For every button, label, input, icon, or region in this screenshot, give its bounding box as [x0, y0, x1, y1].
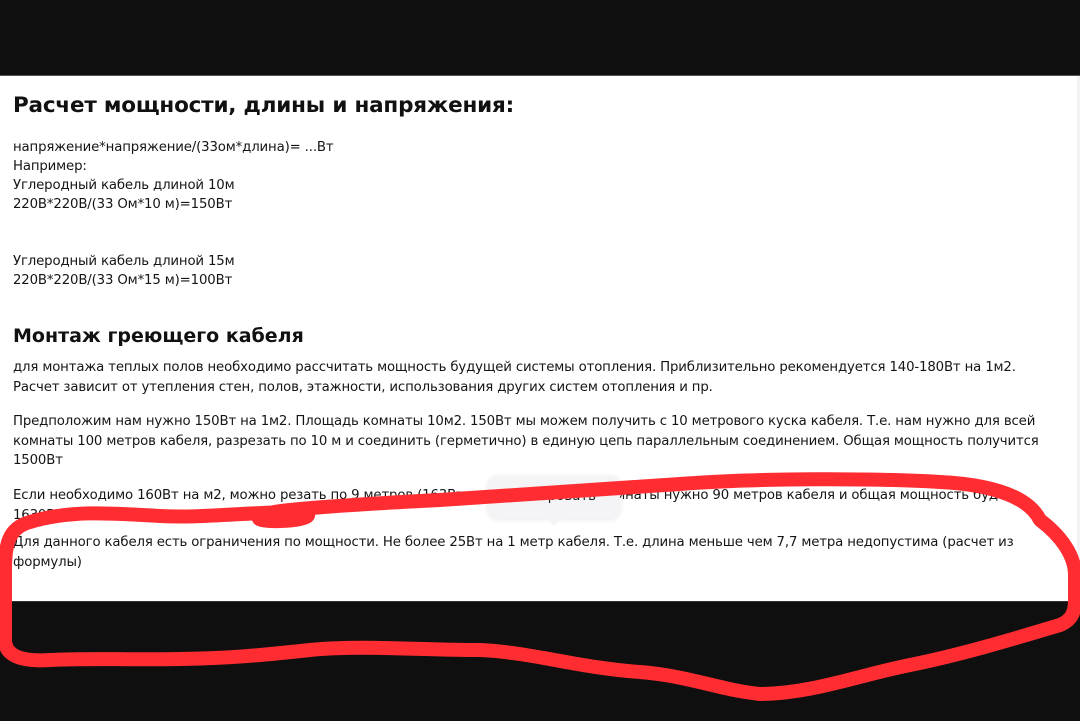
bottom-black-bar — [0, 601, 1080, 721]
example2-formula: 220В*220В/(33 Ом*15 м)=100Вт — [13, 271, 232, 290]
top-black-bar — [0, 0, 1080, 76]
install-paragraph-1: для монтажа теплых полов необходимо расс… — [13, 358, 1048, 397]
install-paragraph-2: Предположим нам нужно 150Вт на 1м2. Площ… — [13, 412, 1048, 471]
example1-formula: 220В*220В/(33 Ом*10 м)=150Вт — [13, 195, 232, 214]
install-paragraph-4: Для данного кабеля есть ограничения по м… — [13, 533, 1048, 572]
copy-popup-button[interactable]: Скопировать — [488, 476, 620, 518]
article-page: Расчет мощности, длины и напряжения: нап… — [0, 76, 1080, 601]
install-heading: Монтаж греющего кабеля — [13, 325, 304, 347]
example2-title: Углеродный кабель длиной 15м — [13, 252, 235, 271]
example-label: Например: — [13, 157, 87, 176]
example1-title: Углеродный кабель длиной 10м — [13, 176, 235, 195]
formula-line: напряжение*напряжение/(33ом*длина)= ...В… — [13, 138, 333, 157]
copy-popup-arrow — [545, 517, 563, 526]
calc-heading: Расчет мощности, длины и напряжения: — [13, 93, 514, 118]
